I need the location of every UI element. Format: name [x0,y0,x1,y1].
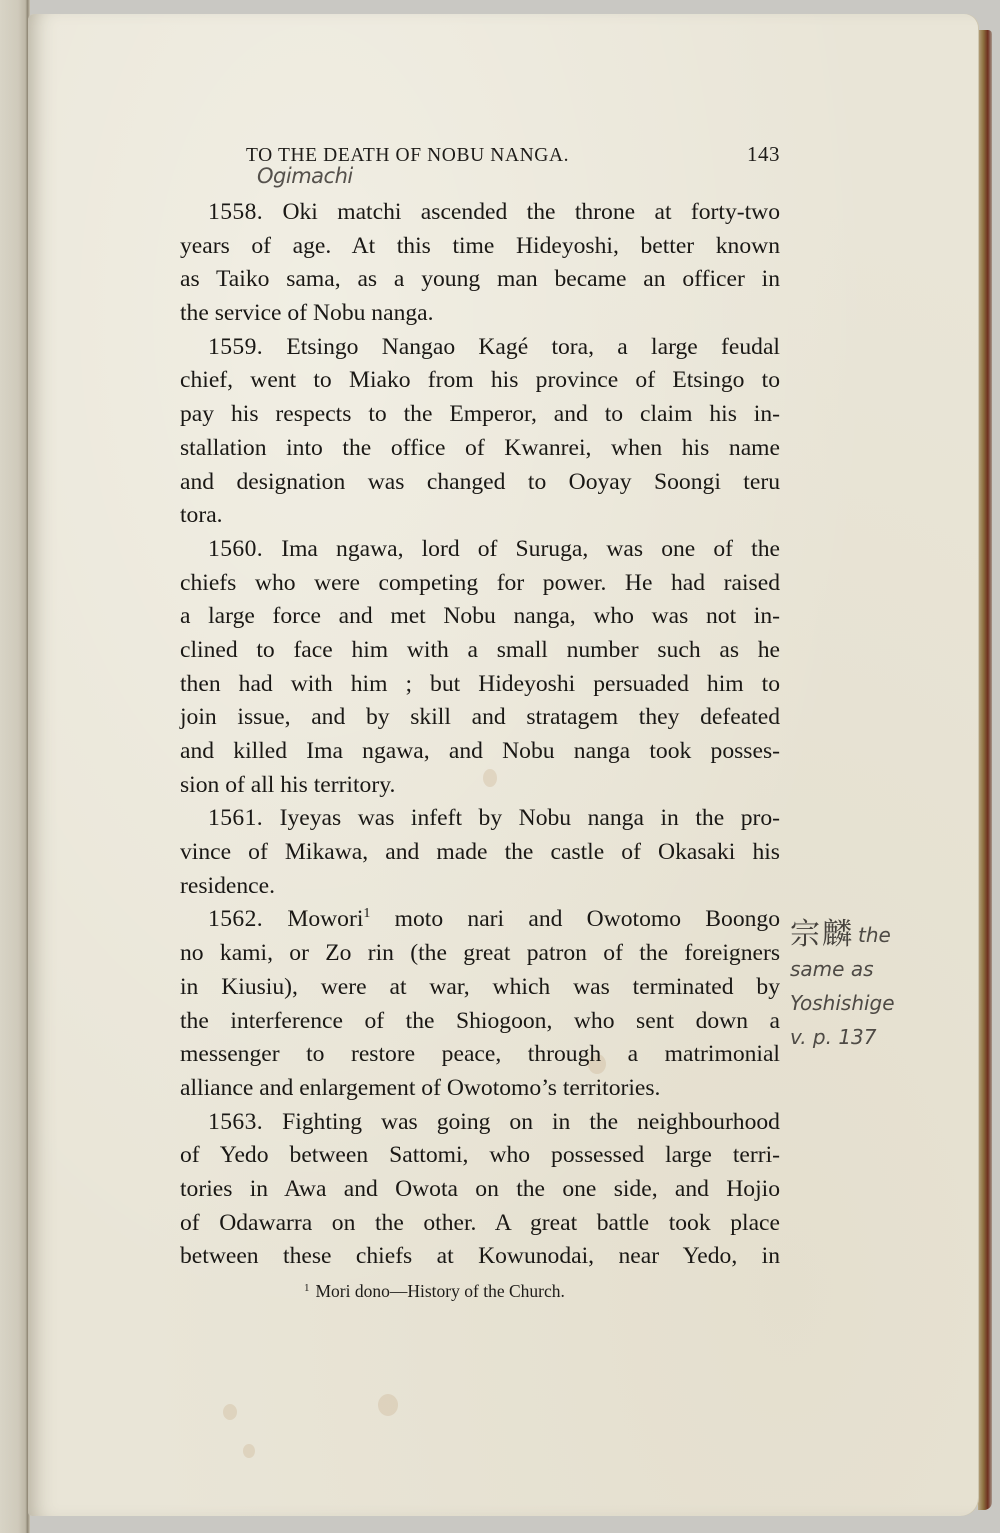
line-text: Etsingo Nangao Kagé tora, a large feudal [286,334,780,360]
line-text: moto nari and Owotomo Boongo [395,906,780,932]
text-line: messenger to restore peace, through a ma… [152,1038,780,1072]
paragraph-1560: 1560. Ima ngawa, lord of Suruga, was one… [152,533,780,803]
text-line: stallation into the office of Kwanrei, w… [152,432,780,466]
page-number: 143 [747,142,780,167]
year-label: 1558. [208,199,263,225]
margin-note-line: Yoshishige [790,986,960,1020]
foxing-spot [223,1404,237,1420]
text-line: 1558. Oki matchi ascended the throne at … [152,196,780,230]
paragraph-1561: 1561. Iyeyas was infeft by Nobu nanga in… [152,802,780,903]
foxing-spot [378,1394,398,1416]
text-line: pay his respects to the Emperor, and to … [152,398,780,432]
paragraph-1558: 1558. Oki matchi ascended the throne at … [152,196,780,331]
text-line: 1560. Ima ngawa, lord of Suruga, was one… [152,533,780,567]
year-label: 1561. [208,805,263,831]
year-label: 1560. [208,536,263,562]
line-text: Fighting was going on in the neighbourho… [282,1109,780,1135]
paragraph-1559: 1559. Etsingo Nangao Kagé tora, a large … [152,331,780,533]
text-line: clined to face him with a small number s… [152,634,780,668]
facing-page-edge [0,0,30,1533]
margin-note-line: 宗麟 the [790,918,960,952]
handwritten-annotation-top: Ogimachi [257,164,353,188]
footnote: 1Mori dono—History of the Church. [304,1281,565,1302]
text-line: 1561. Iyeyas was infeft by Nobu nanga in… [152,802,780,836]
footnote-marker: 1 [304,1282,310,1294]
line-text: Ima ngawa, lord of Suruga, was one of th… [281,536,780,562]
text-line: tories in Awa and Owota on the one side,… [152,1173,780,1207]
handwritten-margin-note: 宗麟 the same as Yoshishige v. p. 137 [790,918,960,1054]
text-line: sion of all his territory. [152,769,780,803]
text-line: as Taiko sama, as a young man became an … [152,263,780,297]
body-text: 1558. Oki matchi ascended the throne at … [152,196,780,1274]
margin-note-line: same as [790,952,960,986]
text-line: 1563. Fighting was going on in the neigh… [152,1106,780,1140]
footnote-reference: 1 [363,906,370,921]
text-line: tora. [152,499,780,533]
text-line: chiefs who were competing for power. He … [152,567,780,601]
margin-kanji: 宗麟 [790,918,854,952]
text-line: no kami, or Zo rin (the great patron of … [152,937,780,971]
text-line: vince of Mikawa, and made the castle of … [152,836,780,870]
text-line: of Odawarra on the other. A great battle… [152,1207,780,1241]
text-line: of Yedo between Sattomi, who possessed l… [152,1139,780,1173]
book-cover-edge [978,30,992,1510]
text-line: the service of Nobu nanga. [152,297,780,331]
footnote-text: Mori dono—History of the Church. [316,1281,565,1301]
paragraph-1563: 1563. Fighting was going on in the neigh… [152,1106,780,1274]
margin-note-text: the [858,918,891,952]
foxing-spot [243,1444,255,1458]
text-line: chief, went to Miako from his province o… [152,364,780,398]
text-line: a large force and met Nobu nanga, who wa… [152,600,780,634]
line-text: Oki matchi ascended the throne at forty-… [282,199,780,225]
margin-note-line: v. p. 137 [790,1020,960,1054]
paragraph-1562: 1562. Mowori1 moto nari and Owotomo Boon… [152,903,780,1105]
line-text: Mowori [287,906,363,932]
year-label: 1562. [208,906,263,932]
text-line: then had with him ; but Hideyoshi persua… [152,668,780,702]
text-line: and designation was changed to Ooyay Soo… [152,466,780,500]
text-line: between these chiefs at Kowunodai, near … [152,1240,780,1274]
text-line: alliance and enlargement of Owotomo’s te… [152,1072,780,1106]
text-line: join issue, and by skill and stratagem t… [152,701,780,735]
year-label: 1563. [208,1109,263,1135]
line-text: Iyeyas was infeft by Nobu nanga in the p… [280,805,780,831]
text-line: in Kiusiu), were at war, which was termi… [152,971,780,1005]
year-label: 1559. [208,334,263,360]
text-line: 1559. Etsingo Nangao Kagé tora, a large … [152,331,780,365]
text-line: residence. [152,870,780,904]
text-line: 1562. Mowori1 moto nari and Owotomo Boon… [152,903,780,937]
text-line: and killed Ima ngawa, and Nobu nanga too… [152,735,780,769]
text-line: the interference of the Shiogoon, who se… [152,1005,780,1039]
text-line: years of age. At this time Hideyoshi, be… [152,230,780,264]
